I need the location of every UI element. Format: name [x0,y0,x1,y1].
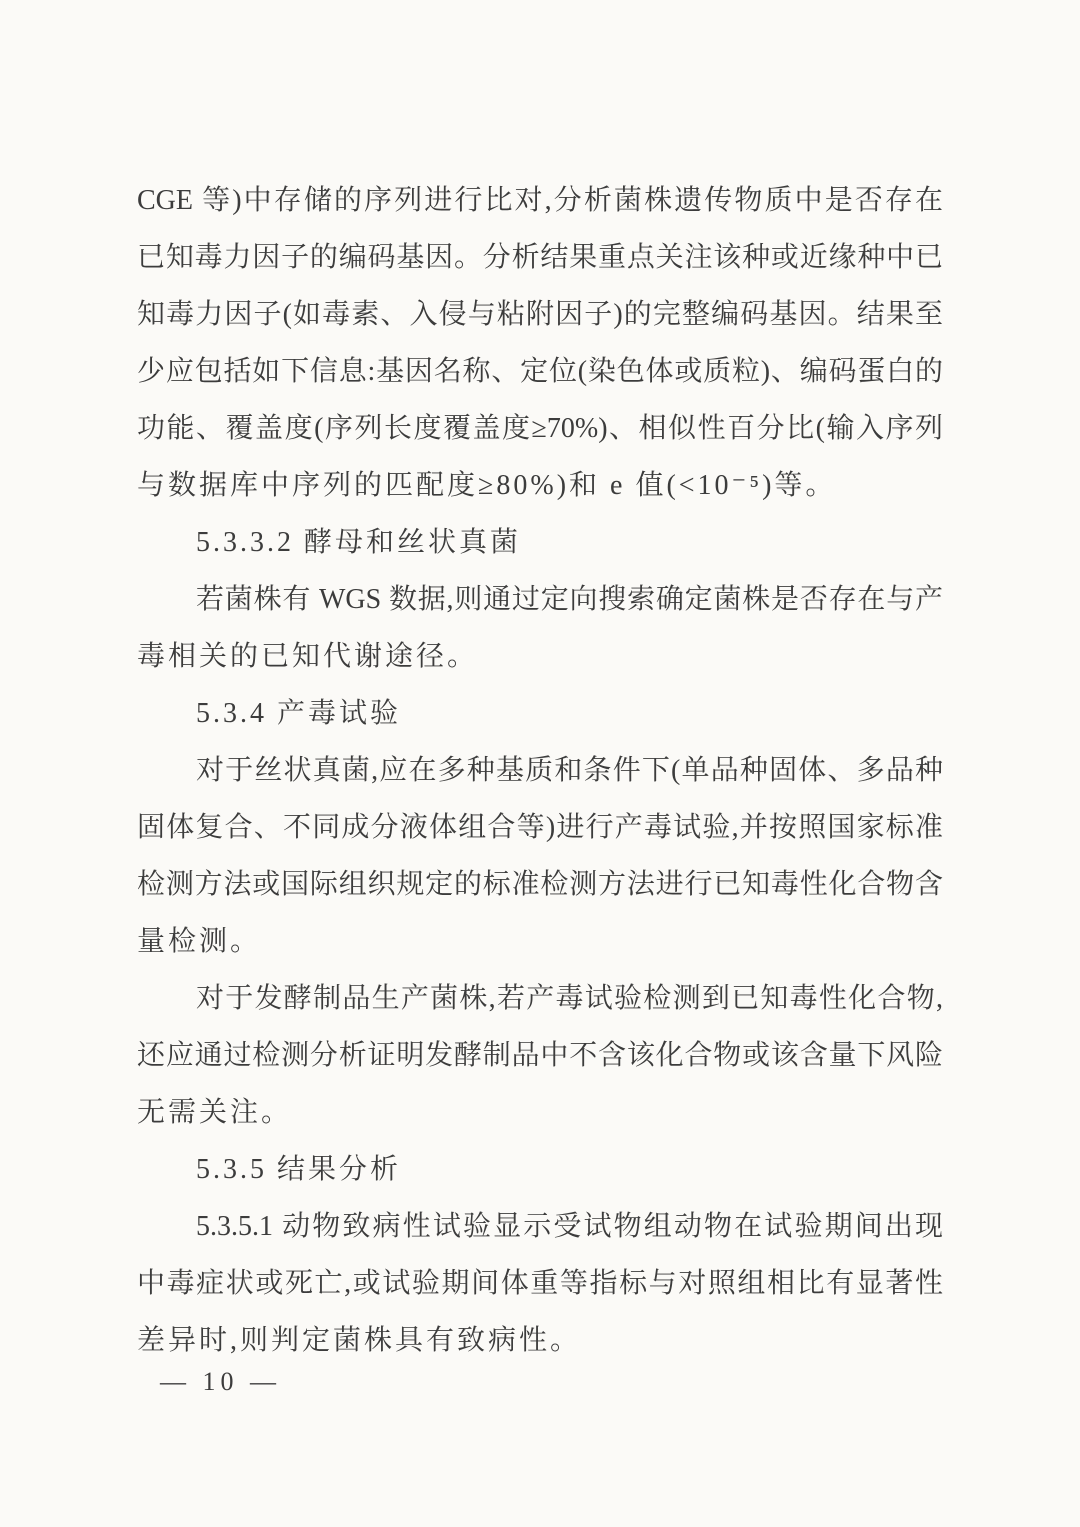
section-heading-5-3-4: 5.3.4 产毒试验 [137,685,943,742]
section-heading-5-3-5: 5.3.5 结果分析 [137,1141,943,1198]
text-column: CGE 等)中存储的序列进行比对,分析菌株遗传物质中是否存在 已知毒力因子的编码… [137,172,943,1369]
page-number: — 10 — [160,1360,281,1404]
body-line: 与数据库中序列的匹配度≥80%)和 e 值(<10⁻⁵)等。 [137,457,943,514]
body-line: 5.3.5.1 动物致病性试验显示受试物组动物在试验期间出现 [137,1198,943,1255]
body-line: 检测方法或国际组织规定的标准检测方法进行已知毒性化合物含 [137,856,943,913]
body-line: 知毒力因子(如毒素、入侵与粘附因子)的完整编码基因。结果至 [137,286,943,343]
body-line: 若菌株有 WGS 数据,则通过定向搜索确定菌株是否存在与产 [137,571,943,628]
body-line: 无需关注。 [137,1084,943,1141]
body-line: 固体复合、不同成分液体组合等)进行产毒试验,并按照国家标准 [137,799,943,856]
body-line: 已知毒力因子的编码基因。分析结果重点关注该种或近缘种中已 [137,229,943,286]
document-page: CGE 等)中存储的序列进行比对,分析菌株遗传物质中是否存在 已知毒力因子的编码… [0,0,1080,1527]
body-line: 少应包括如下信息:基因名称、定位(染色体或质粒)、编码蛋白的 [137,343,943,400]
body-line: 中毒症状或死亡,或试验期间体重等指标与对照组相比有显著性 [137,1255,943,1312]
body-line: 功能、覆盖度(序列长度覆盖度≥70%)、相似性百分比(输入序列 [137,400,943,457]
body-line: 对于发酵制品生产菌株,若产毒试验检测到已知毒性化合物, [137,970,943,1027]
body-line: 对于丝状真菌,应在多种基质和条件下(单品种固体、多品种 [137,742,943,799]
body-line: 毒相关的已知代谢途径。 [137,628,943,685]
section-heading-5-3-3-2: 5.3.3.2 酵母和丝状真菌 [137,514,943,571]
body-line: 还应通过检测分析证明发酵制品中不含该化合物或该含量下风险 [137,1027,943,1084]
body-line: CGE 等)中存储的序列进行比对,分析菌株遗传物质中是否存在 [137,172,943,229]
body-line: 量检测。 [137,913,943,970]
